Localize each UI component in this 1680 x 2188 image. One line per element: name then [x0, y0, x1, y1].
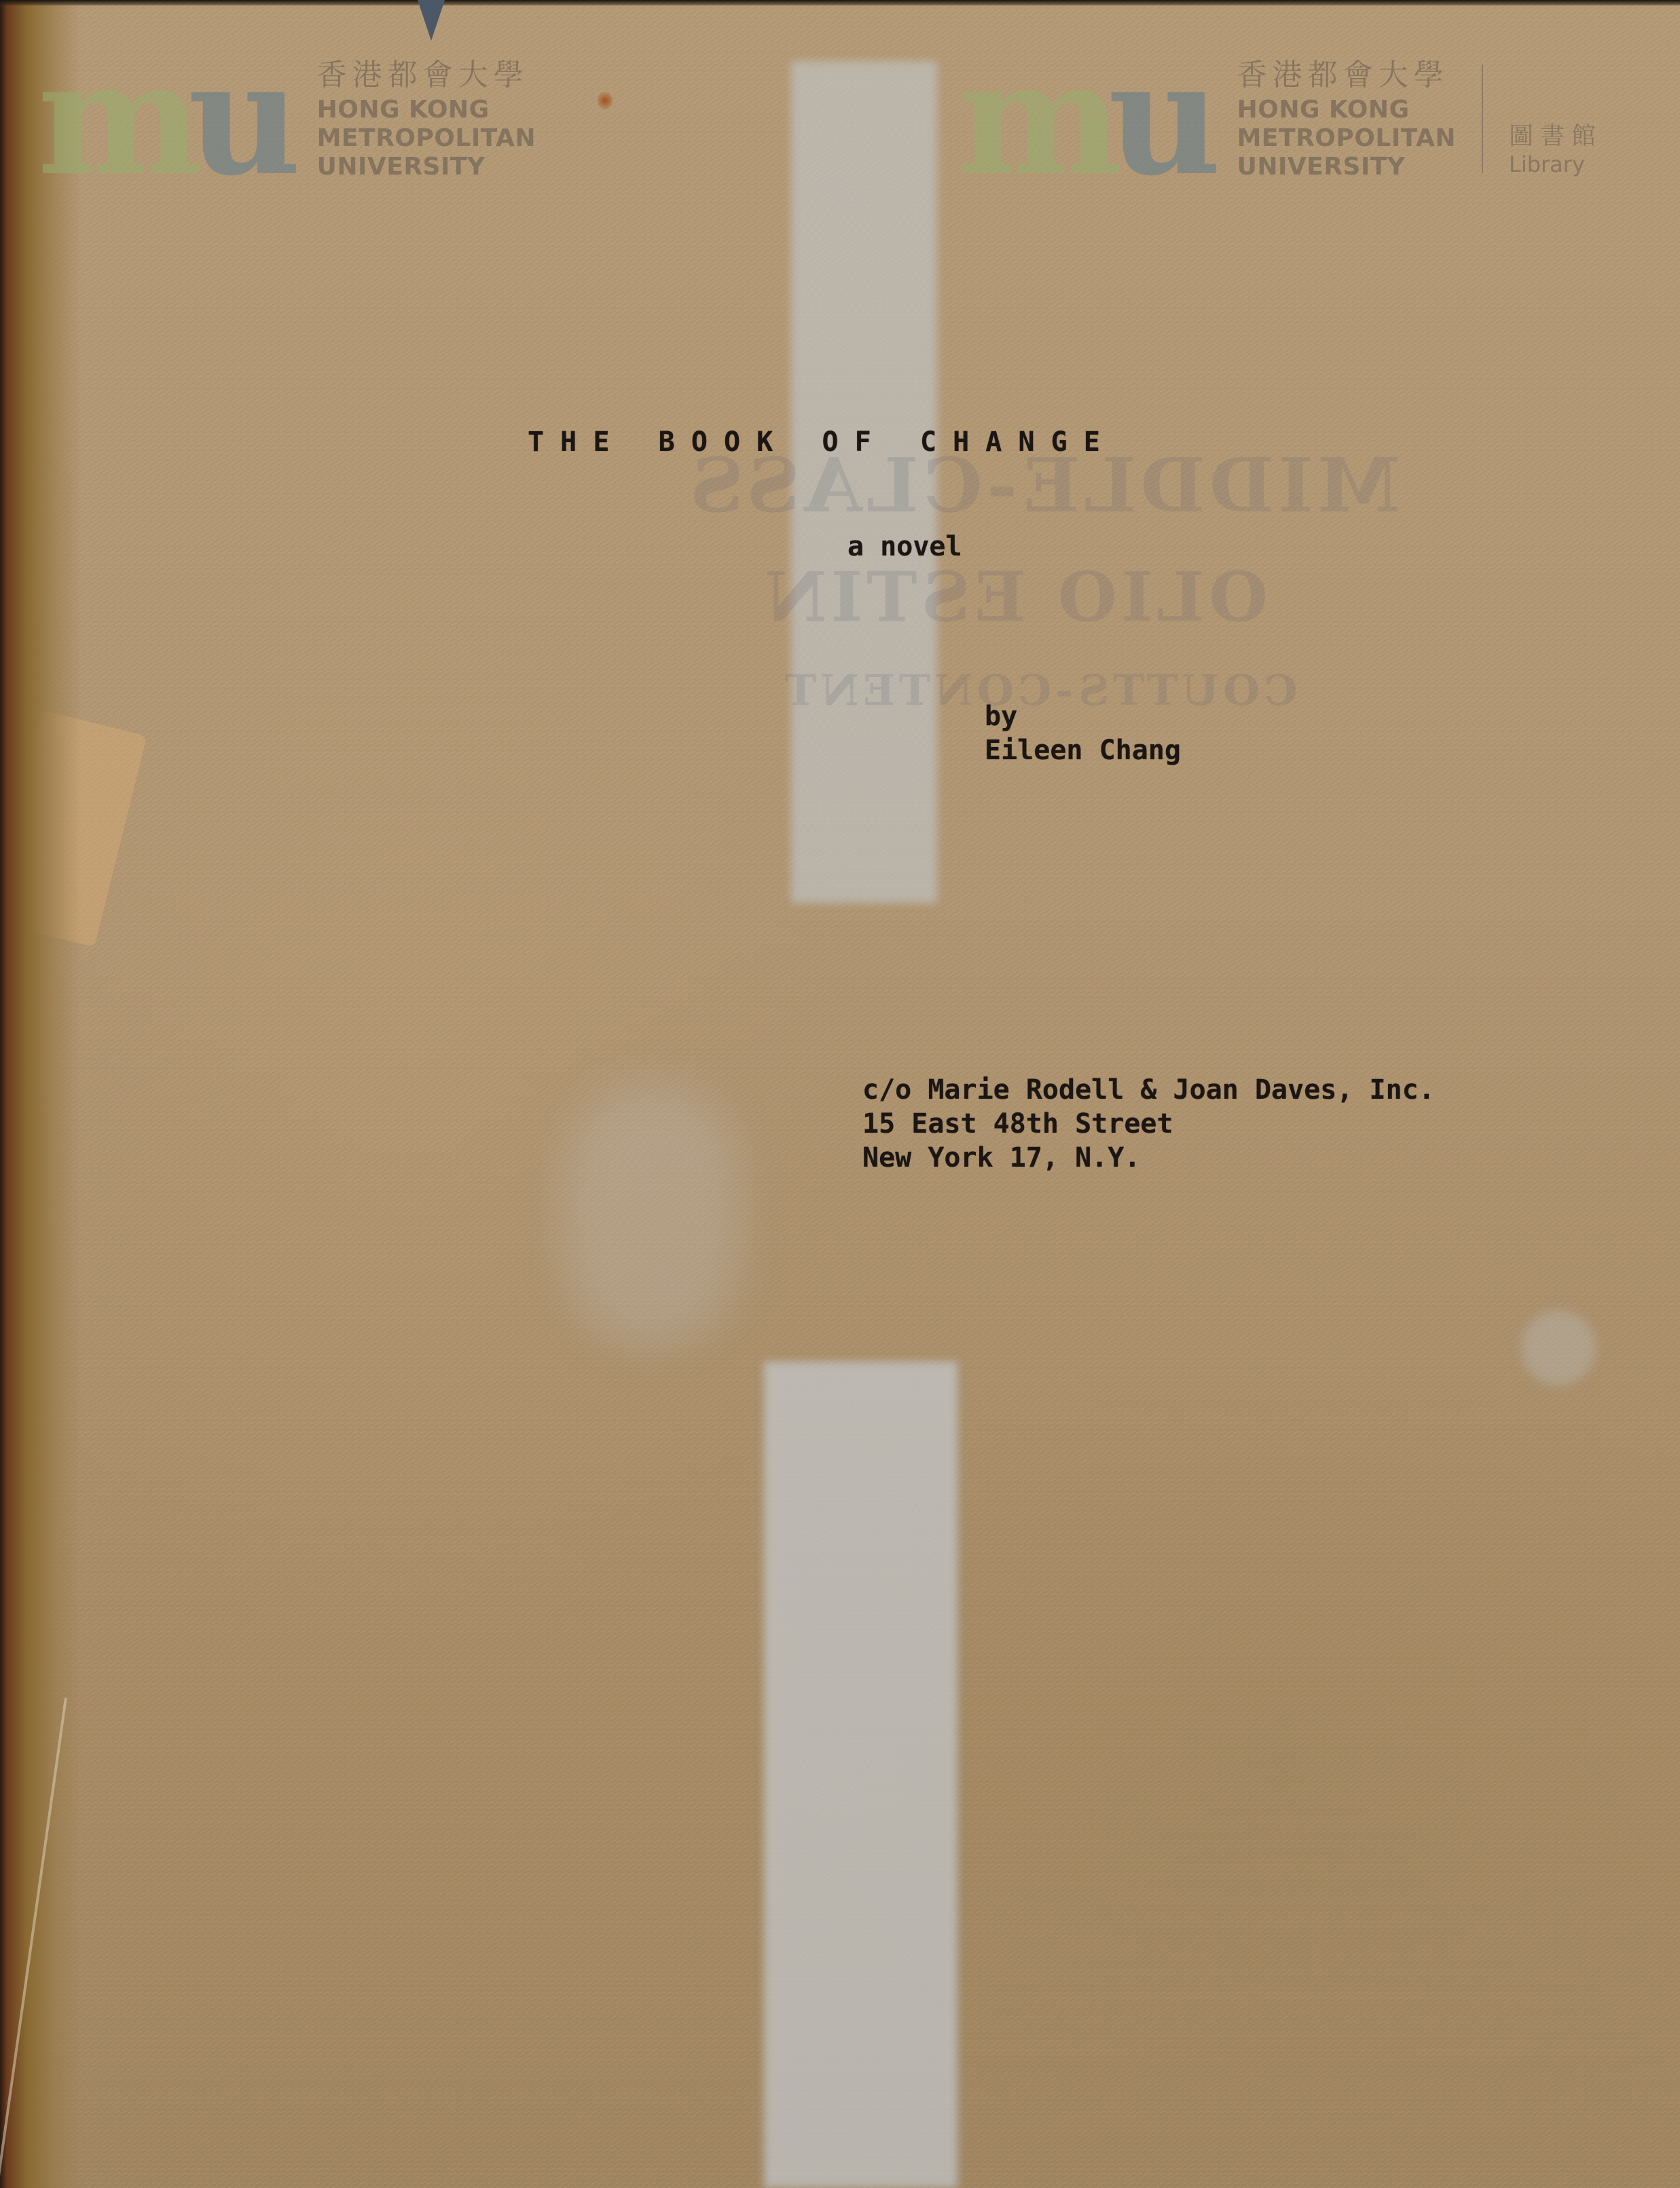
university-name: 香港都會大學 HONG KONG METROPOLITAN UNIVERSITY — [1237, 58, 1456, 181]
university-watermark-left: mu 香港都會大學 HONG KONG METROPOLITAN UNIVERS… — [37, 58, 536, 181]
bleed-through-text: COUTTS-CONTENT — [781, 665, 1298, 715]
library-label: 圖書館 Library — [1509, 122, 1603, 178]
tape-strip-bottom — [764, 1362, 957, 2188]
address-line: 15 East 48th Street — [862, 1107, 1173, 1141]
manuscript-page: MIDDLE-CLASS OLIO ESTIN COUTTS-CONTENT m… — [0, 0, 1680, 2188]
hkmu-logo-icon: mu — [37, 58, 287, 180]
bleed-through-text: OLIO ESTIN — [761, 557, 1268, 637]
university-name: 香港都會大學 HONG KONG METROPOLITAN UNIVERSITY — [317, 58, 536, 181]
rust-spot — [598, 92, 613, 109]
top-tear — [418, 0, 445, 41]
library-watermark-right: mu 香港都會大學 HONG KONG METROPOLITAN UNIVERS… — [957, 58, 1603, 181]
stain-spot — [1521, 1311, 1596, 1385]
watermark-divider — [1482, 65, 1483, 173]
faded-patch — [564, 1087, 740, 1345]
address-line: New York 17, N.Y. — [862, 1141, 1140, 1175]
document-title: T H E B O O K O F C H A N G E — [528, 426, 1100, 458]
address-line: c/o Marie Rodell & Joan Daves, Inc. — [862, 1073, 1435, 1107]
top-edge — [0, 0, 1680, 5]
damaged-left-edge — [0, 0, 81, 2188]
author-name: Eileen Chang — [985, 733, 1181, 767]
byline: by — [985, 699, 1017, 733]
hkmu-logo-icon: mu — [957, 58, 1207, 180]
document-subtitle: a novel — [847, 531, 962, 562]
